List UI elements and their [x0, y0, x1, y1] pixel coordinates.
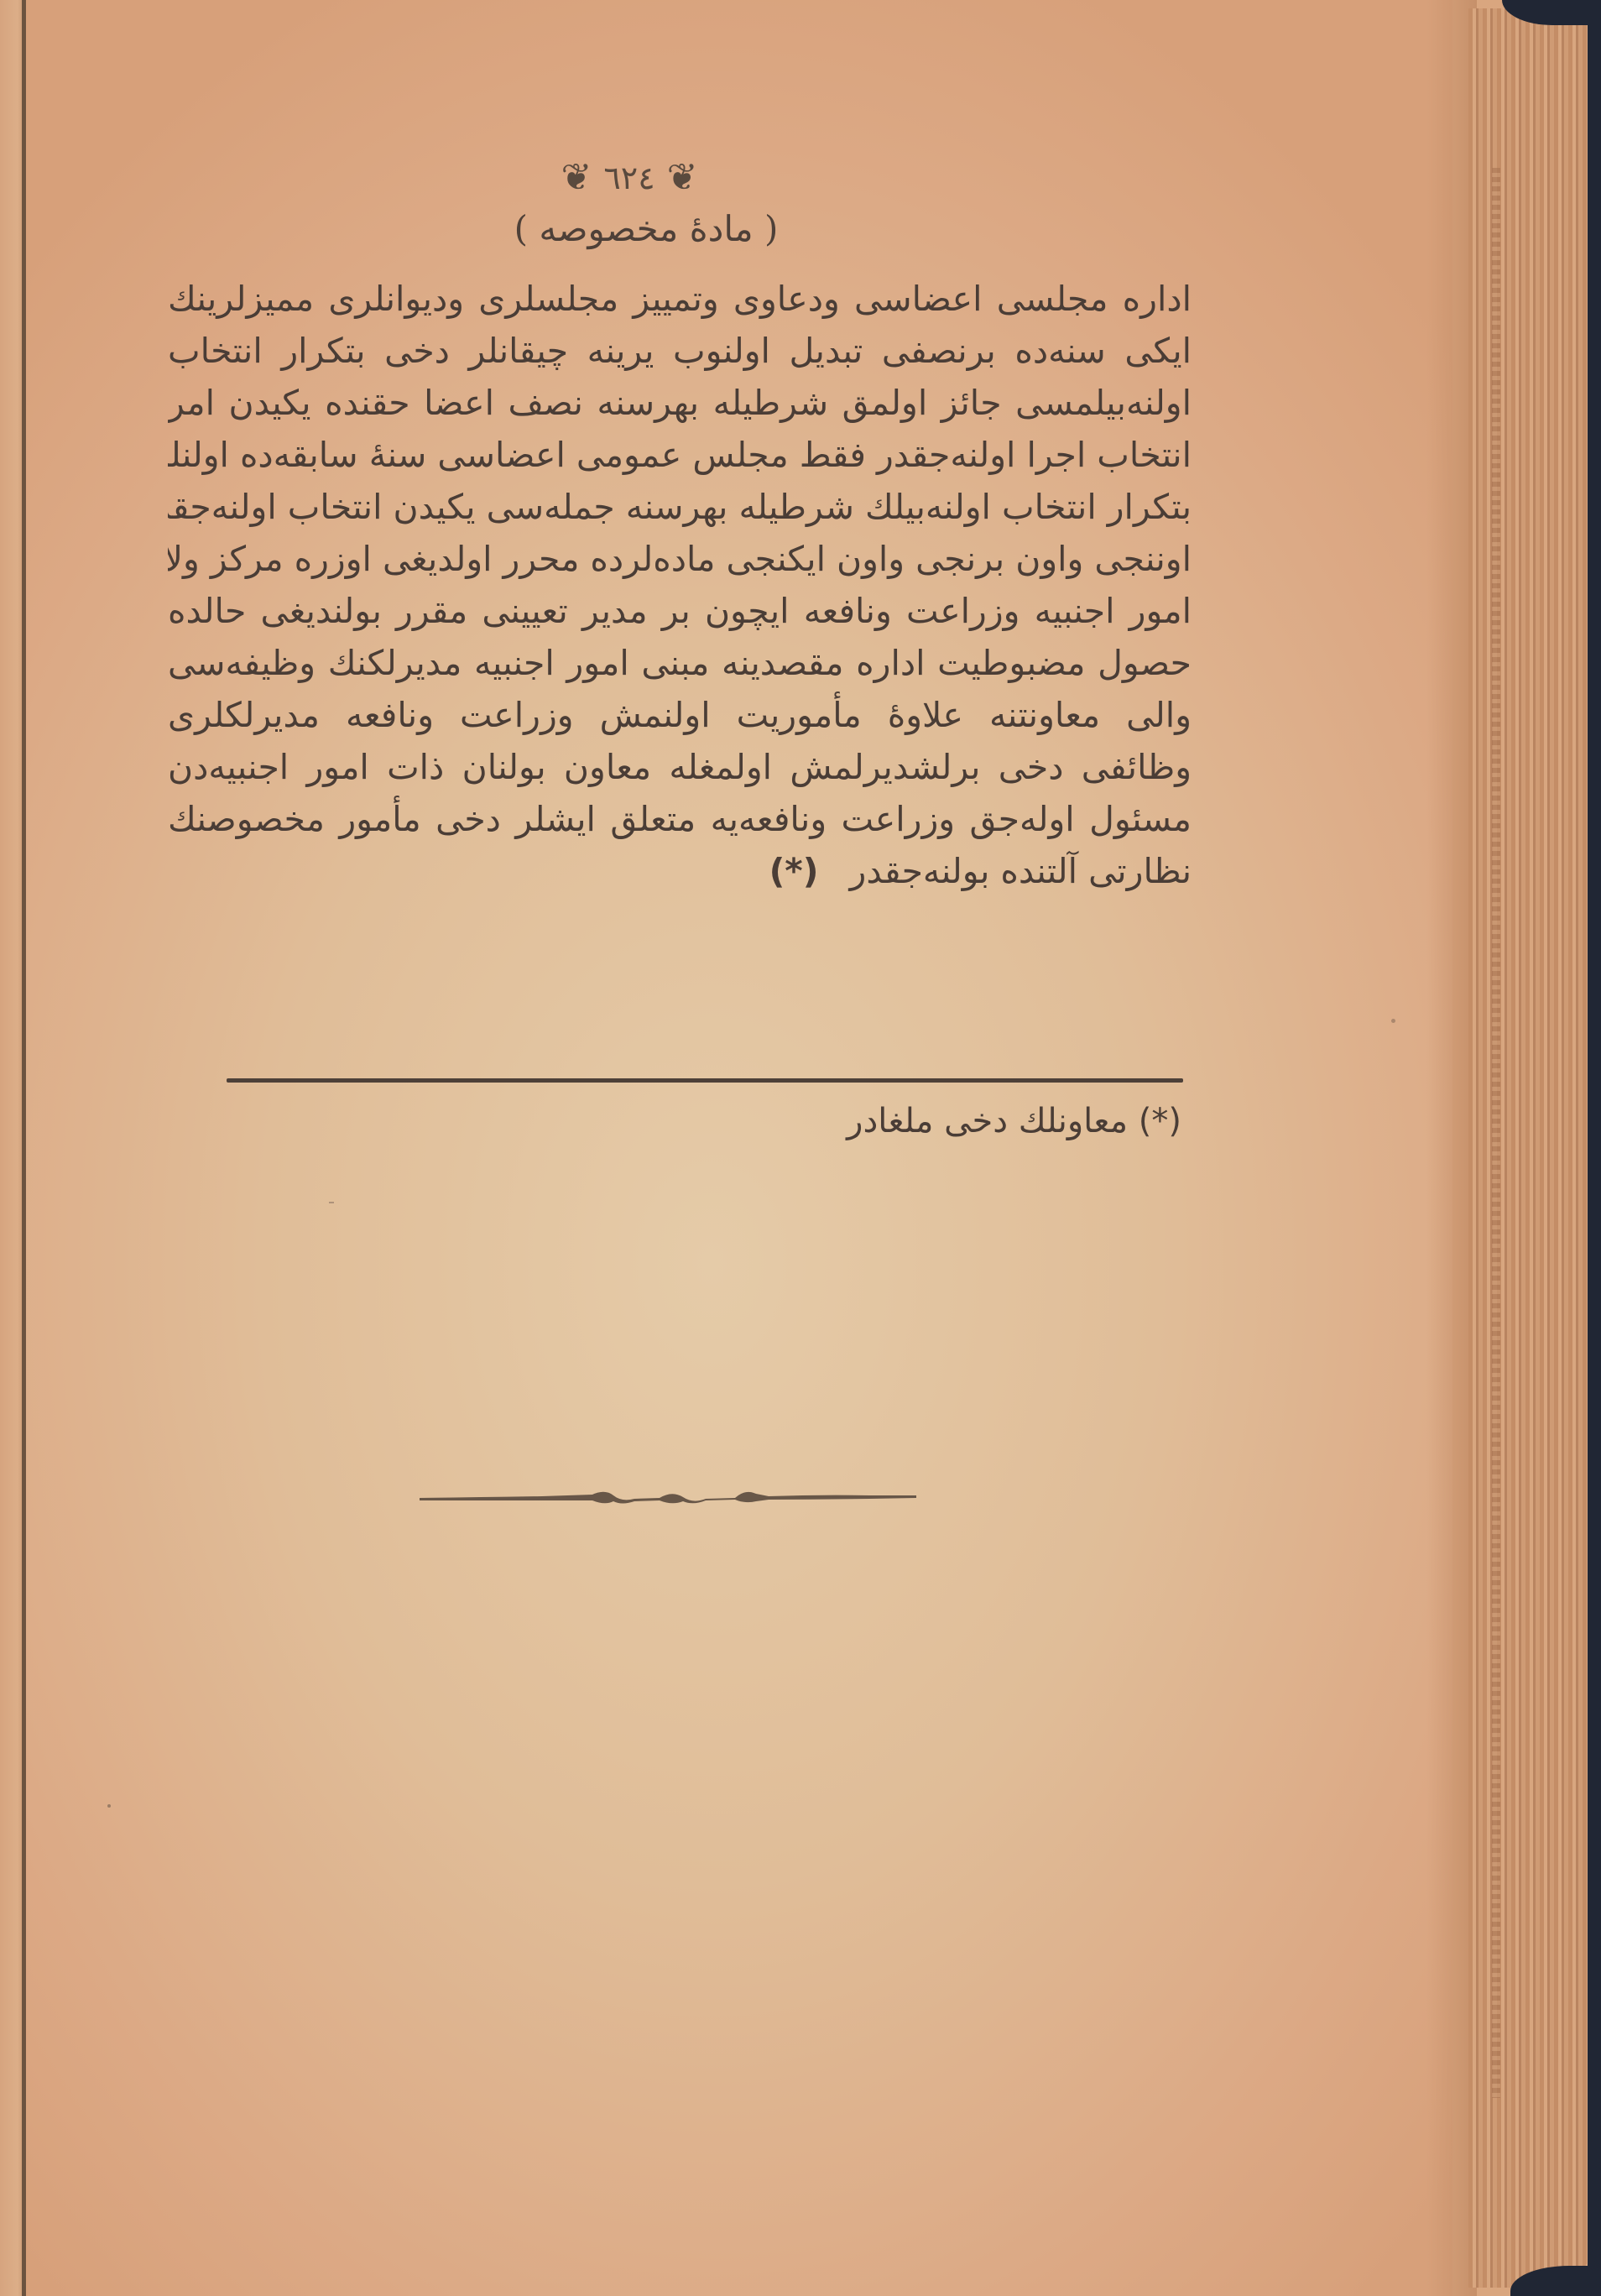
page-number: ٦٢٤: [603, 159, 654, 196]
body-text: اداره مجلسی اعضاسی ودعاوی وتمییز مجلسلری…: [168, 273, 1192, 897]
dark-background-strip: [1588, 0, 1601, 2296]
body-line: اولنه‌بیلمسی جائز اولمق شرطیله بهرسنه نص…: [168, 377, 1192, 429]
page-stack-edges: [1426, 0, 1601, 2296]
scan-speck: [1391, 1019, 1395, 1023]
fleuron-ornament-right-icon: ❦: [667, 159, 698, 196]
stacked-page-edges: [1468, 8, 1594, 2288]
body-line-last: نظارتی آلتنده بولنه‌جقدر (*): [168, 845, 1192, 897]
footnote-separator-rule: [227, 1078, 1183, 1083]
scan-speck: [329, 1202, 334, 1203]
body-line-text: نظارتی آلتنده بولنه‌جقدر: [850, 851, 1192, 891]
body-line: اوننجی واون برنجی واون ایکنجی ماده‌لرده …: [168, 533, 1192, 585]
body-line: بتکرار انتخاب اولنه‌بیلك شرطیله بهرسنه ج…: [168, 481, 1192, 533]
body-line: ایکی سنه‌ده برنصفی تبدیل اولنوب یرینه چی…: [168, 325, 1192, 377]
body-line: وظائفی دخی برلشدیرلمش اولمغله معاون بولن…: [168, 741, 1192, 793]
body-line: والی معاونتنه علاوهٔ مأموریت اولنمش وزرا…: [168, 689, 1192, 741]
page-header: ❦ ٦٢٤ ❦: [537, 153, 722, 203]
body-line: امور اجنبیه وزراعت ونافعه ایچون بر مدیر …: [168, 585, 1192, 637]
footnote: (*) معاونلك دخی ملغادر: [227, 1098, 1181, 1145]
scanned-book-spread: ❦ ٦٢٤ ❦ ( مادهٔ مخصوصه ) اداره مجلسی اعض…: [0, 0, 1601, 2296]
body-line: مسئول اوله‌جق وزراعت ونافعه‌یه متعلق ایش…: [168, 793, 1192, 845]
end-of-section-divider-icon: [416, 1485, 920, 1511]
scan-speck: [107, 1804, 111, 1808]
body-line: اداره مجلسی اعضاسی ودعاوی وتمییز مجلسلری…: [168, 273, 1192, 325]
body-line: حصول مضبوطیت اداره مقصدینه مبنی امور اجن…: [168, 637, 1192, 689]
footnote-reference-marker: (*): [769, 845, 819, 897]
page-edge-texture: [1492, 168, 1500, 2098]
body-line: انتخاب اجرا اولنه‌جقدر فقط مجلس عمومی اع…: [168, 429, 1192, 481]
fleuron-ornament-left-icon: ❦: [561, 159, 592, 196]
section-title: ( مادهٔ مخصوصه ): [470, 208, 822, 249]
